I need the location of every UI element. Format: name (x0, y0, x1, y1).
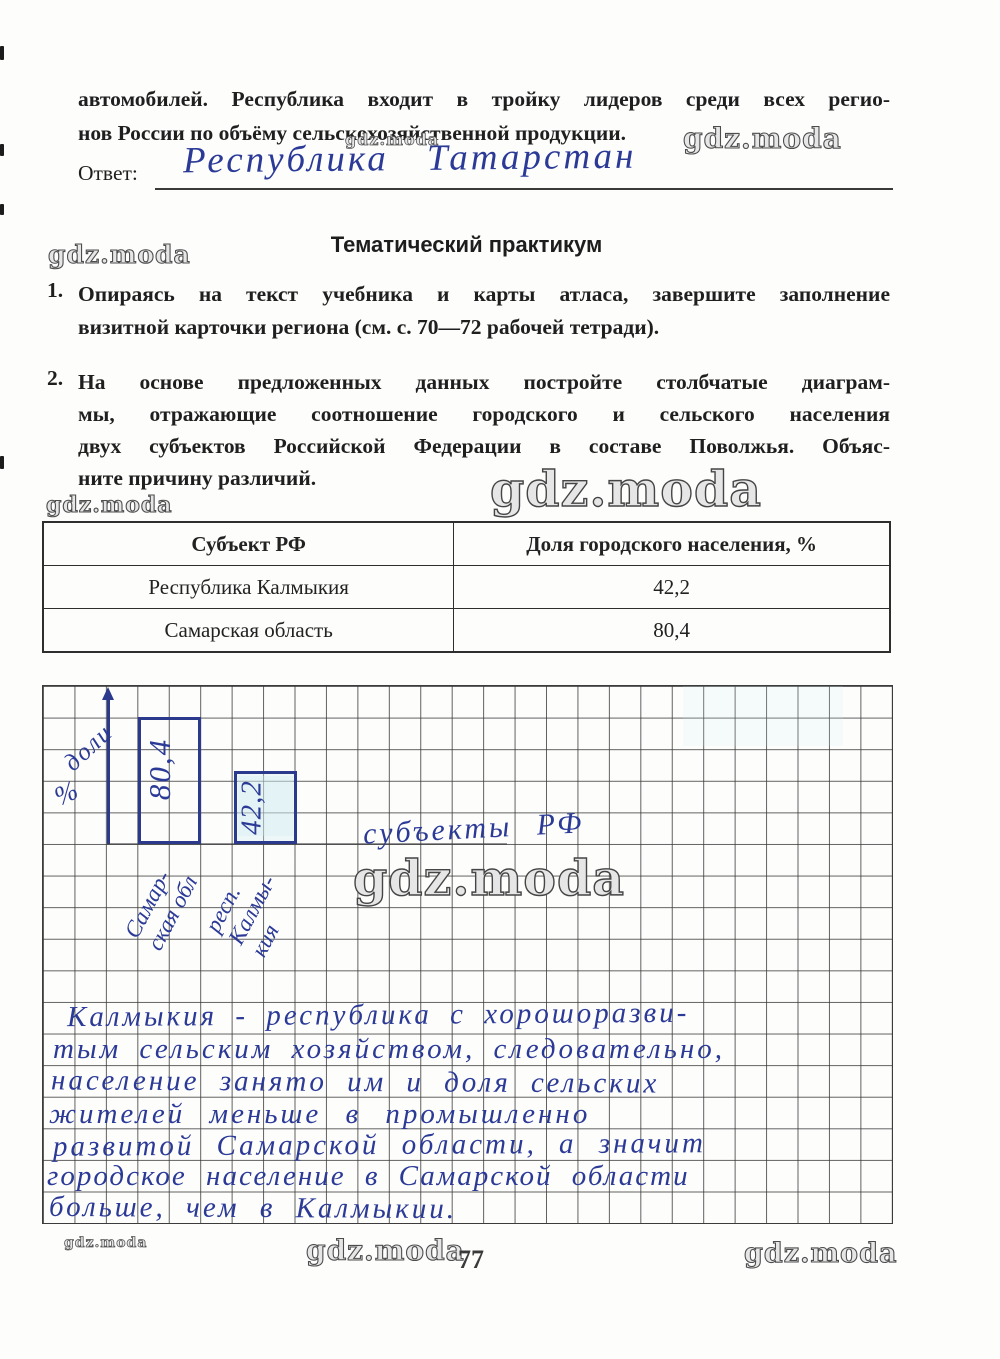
scan-artifact (0, 456, 4, 469)
scan-artifact (0, 46, 4, 60)
table-header-subject: Субъект РФ (43, 522, 454, 566)
section-title: Тематический практикум (42, 232, 891, 258)
y-axis-label-word: доли (59, 719, 119, 778)
task2-line: На основе предложенных данных постройте … (78, 366, 890, 398)
intro-line-1: автомобилей. Республика входит в тройку … (78, 82, 890, 116)
watermark: gdz.moda (353, 849, 625, 907)
table-cell-region: Самарская область (43, 609, 454, 653)
bar-value-kalmykia: 42,2 (236, 763, 269, 853)
scan-artifact (0, 144, 4, 156)
explanation-line: Калмыкия - республика с хорошоразви- (67, 997, 690, 1034)
category-label-samara: Самар- ская обл (119, 859, 203, 955)
table-header-row: Субъект РФ Доля городского населения, % (43, 522, 890, 566)
watermark: gdz.moda (306, 1234, 465, 1267)
task2-line: мы, отражающие соотношение городского и … (78, 398, 890, 430)
explanation-line: жителей меньше в промышленно (49, 1098, 590, 1131)
scan-artifact (0, 204, 4, 215)
x-axis-caption: субъекты РФ (362, 806, 585, 852)
population-table: Субъект РФ Доля городского населения, % … (42, 521, 891, 653)
graph-paper: доли % 80,4 42,2 Самар- ская обл респ. К… (42, 685, 893, 1224)
table-header-share: Доля городского населения, % (454, 522, 890, 566)
table-row: Республика Калмыкия 42,2 (43, 566, 890, 609)
workbook-page: автомобилей. Республика входит в тройку … (0, 0, 1000, 1359)
table-cell-value: 42,2 (454, 566, 890, 609)
task2-line: двух субъектов Российской Федерации в со… (78, 430, 890, 462)
answer-underline (155, 188, 893, 190)
table-row: Самарская область 80,4 (43, 609, 890, 653)
answer-handwritten: Республика Татарстан (183, 135, 637, 183)
watermark: gdz.moda (744, 1238, 897, 1269)
task1-line: Опираясь на текст учебника и карты атлас… (78, 278, 890, 311)
y-axis-line (107, 696, 110, 844)
explanation-line: городское население в Самарской области (47, 1160, 690, 1193)
task1-line: визитной карточки региона (см. с. 70—72 … (78, 311, 890, 344)
answer-label: Ответ: (78, 161, 138, 186)
table-cell-value: 80,4 (454, 609, 890, 653)
y-axis-label-percent: % (50, 775, 83, 813)
watermark: gdz.moda (46, 492, 173, 518)
explanation-line: тым сельским хозяйством, следовательно, (53, 1033, 725, 1066)
explanation-line: больше, чем в Калмыкии. (49, 1191, 457, 1226)
watermark: gdz.moda (490, 460, 762, 518)
scan-tint (683, 686, 843, 746)
task2-number: 2. (47, 366, 63, 391)
task1-number: 1. (47, 278, 63, 303)
watermark: gdz.moda (683, 122, 842, 155)
explanation-line: развитой Самарской области, а значит (53, 1127, 706, 1163)
page-number: 77 (458, 1245, 484, 1275)
watermark: gdz.moda (64, 1235, 147, 1251)
task2-line: ните причину различий. (78, 462, 890, 494)
table-cell-region: Республика Калмыкия (43, 566, 454, 609)
bar-value-samara: 80,4 (142, 719, 178, 819)
explanation-line: население занято им и доля сельских (51, 1064, 659, 1100)
category-label-kalmykia: респ. Калмы- кия (200, 859, 304, 962)
